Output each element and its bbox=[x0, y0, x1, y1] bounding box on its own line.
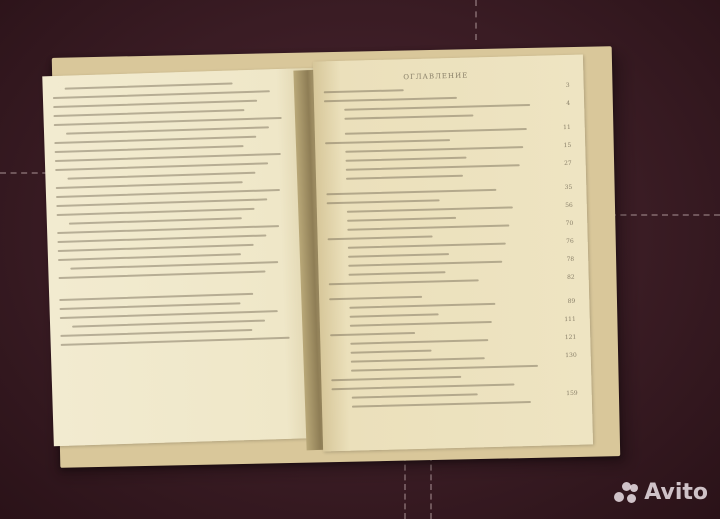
text-line bbox=[60, 302, 241, 310]
toc-entry bbox=[349, 271, 446, 276]
text-line bbox=[57, 225, 279, 234]
toc-page-number: 76 bbox=[566, 238, 574, 245]
toc-page-number: 35 bbox=[565, 184, 573, 191]
text-line bbox=[67, 172, 255, 180]
toc-page-number: 70 bbox=[566, 220, 574, 227]
text-line bbox=[57, 234, 266, 243]
toc-entry bbox=[346, 175, 463, 180]
text-line bbox=[66, 126, 269, 134]
text-line bbox=[55, 145, 244, 153]
avito-logo-icon bbox=[614, 482, 640, 504]
text-line bbox=[69, 217, 242, 224]
toc-entry bbox=[345, 128, 527, 135]
text-line bbox=[53, 109, 244, 117]
toc-entry bbox=[331, 376, 461, 381]
text-line bbox=[55, 153, 281, 162]
toc-entry bbox=[347, 217, 456, 222]
toc-page-number: 56 bbox=[565, 202, 573, 209]
toc-heading: ОГЛАВЛЕНИЕ bbox=[403, 72, 468, 82]
toc-page-number: 27 bbox=[564, 160, 572, 167]
toc-entry bbox=[350, 313, 439, 317]
toc-entry bbox=[331, 383, 514, 390]
fabric-stitch bbox=[475, 0, 477, 40]
text-line bbox=[56, 198, 267, 207]
toc-entry bbox=[327, 199, 440, 204]
toc-entry bbox=[350, 339, 488, 345]
toc-entry bbox=[344, 114, 473, 119]
toc-entry bbox=[350, 321, 492, 327]
toc-entry bbox=[324, 97, 457, 102]
toc-entry bbox=[344, 104, 530, 111]
toc-page-number: 4 bbox=[566, 100, 570, 107]
text-line bbox=[55, 162, 268, 171]
toc-page-number: 11 bbox=[563, 124, 571, 131]
toc-page-number: 130 bbox=[565, 352, 577, 359]
toc-entry bbox=[348, 243, 506, 249]
right-page-table-of-contents: ОГЛАВЛЕНИЕ 34111527355670767882891111211… bbox=[313, 55, 593, 452]
text-line bbox=[54, 117, 282, 126]
text-line bbox=[57, 208, 255, 216]
toc-entry bbox=[345, 146, 523, 153]
toc-entry bbox=[351, 357, 485, 363]
toc-entry bbox=[347, 206, 513, 212]
avito-brand-text: Avito bbox=[644, 480, 708, 505]
text-line bbox=[60, 329, 252, 337]
toc-entry bbox=[348, 261, 502, 267]
text-line bbox=[54, 136, 256, 144]
text-line bbox=[60, 310, 278, 319]
text-line bbox=[59, 293, 253, 301]
text-line bbox=[56, 181, 243, 189]
text-line bbox=[58, 253, 241, 261]
toc-entry bbox=[326, 189, 496, 195]
toc-page-number: 89 bbox=[568, 298, 576, 305]
toc-entry bbox=[351, 350, 432, 354]
text-line bbox=[59, 270, 266, 279]
toc-page-number: 82 bbox=[567, 274, 575, 281]
toc-entry bbox=[346, 164, 520, 171]
toc-entry bbox=[329, 296, 422, 300]
toc-page-number: 78 bbox=[566, 256, 574, 263]
text-line bbox=[70, 261, 278, 270]
toc-entry bbox=[325, 139, 450, 144]
text-line bbox=[53, 100, 257, 108]
last-page-number: 159 bbox=[566, 390, 578, 397]
avito-watermark: Avito bbox=[614, 480, 708, 505]
toc-entry bbox=[352, 393, 478, 398]
toc-entry bbox=[349, 303, 495, 309]
text-line bbox=[72, 320, 265, 328]
toc-page-number: 121 bbox=[565, 334, 577, 341]
fabric-stitch bbox=[610, 214, 720, 216]
toc-entry bbox=[352, 401, 531, 408]
toc-entry bbox=[348, 253, 449, 258]
toc-entry bbox=[324, 89, 404, 93]
left-page bbox=[42, 68, 328, 446]
toc-entry bbox=[330, 332, 415, 336]
text-line bbox=[61, 337, 290, 346]
text-line bbox=[58, 244, 254, 252]
text-line bbox=[65, 82, 233, 89]
text-line bbox=[53, 90, 270, 99]
toc-entry bbox=[328, 236, 433, 241]
text-line bbox=[56, 189, 280, 198]
toc-entry bbox=[351, 365, 538, 372]
toc-page-number: 111 bbox=[564, 316, 576, 323]
toc-entry bbox=[347, 225, 509, 231]
toc-page-number: 3 bbox=[566, 82, 570, 89]
toc-entry bbox=[329, 279, 479, 285]
toc-page-number: 15 bbox=[563, 142, 571, 149]
toc-entry bbox=[346, 157, 467, 162]
